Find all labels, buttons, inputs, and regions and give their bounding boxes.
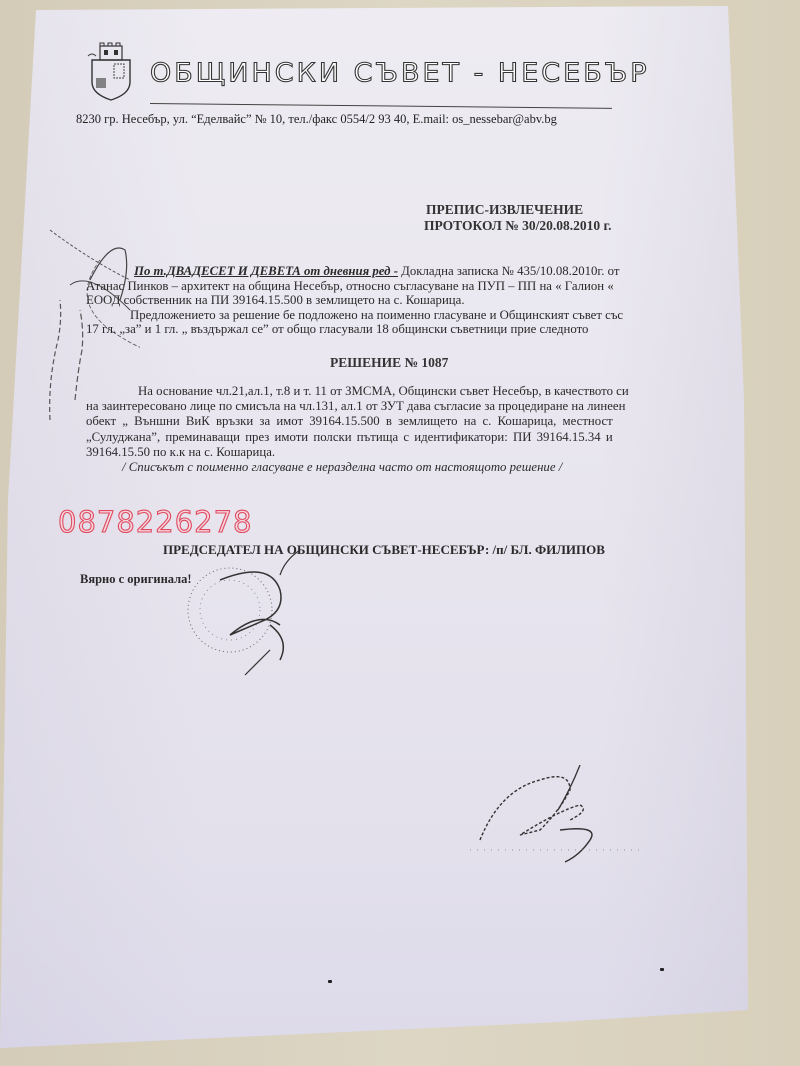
decision-line-5: 39164.15.50 по к.к на с. Кошарица. [86,445,275,460]
punch-mark [328,980,332,983]
signature-mark [450,750,660,870]
agenda-line-5: 17 гл. „за” и 1 гл. „ въздържал се” от о… [86,322,588,337]
stamp-and-signature [170,550,320,680]
decision-line-3: обект „ Външни ВиК връзки за имот 39164.… [86,414,613,429]
decision-line-1: На основание чл.21,ал.1, т.8 и т. 11 от … [138,384,629,399]
agenda-line-3: ЕООД собственник на ПИ 39164.15.500 в зе… [86,293,465,308]
organization-title: ОБЩИНСКИ СЪВЕТ - НЕСЕБЪР [150,59,649,88]
agenda-line-4: Предложението за решение бе подложено на… [130,308,623,323]
coat-of-arms-icon [86,42,136,102]
agenda-line-2: Атанас Пинков – архитект на община Несеб… [86,279,614,294]
phone-watermark: 0878226278 [58,505,253,539]
extract-heading: ПРЕПИС-ИЗВЛЕЧЕНИЕ ПРОТОКОЛ № 30/20.08.20… [424,202,612,234]
organization-address: 8230 гр. Несебър, ул. “Еделвайс” № 10, т… [76,112,557,127]
punch-mark [660,968,664,971]
decision-title: РЕШЕНИЕ № 1087 [330,355,448,371]
agenda-line-1: По т.ДВАДЕСЕТ И ДЕВЕТА от дневния ред - … [134,264,619,279]
voting-list-note: / Списъкът с поименно гласуване е неразд… [122,460,562,475]
decision-line-2: на заинтересовано лице по смисъла на чл.… [86,399,625,414]
agenda-item-text: Докладна записка № 435/10.08.2010г. от [398,264,619,278]
extract-title: ПРЕПИС-ИЗВЛЕЧЕНИЕ [424,202,612,218]
decision-line-4: „Сулуджана”, преминаващи през имоти полс… [86,430,613,445]
protocol-number: ПРОТОКОЛ № 30/20.08.2010 г. [424,218,612,234]
handwritten-margin-notes [30,200,140,430]
agenda-item-heading: По т.ДВАДЕСЕТ И ДЕВЕТА от дневния ред - [134,264,398,278]
